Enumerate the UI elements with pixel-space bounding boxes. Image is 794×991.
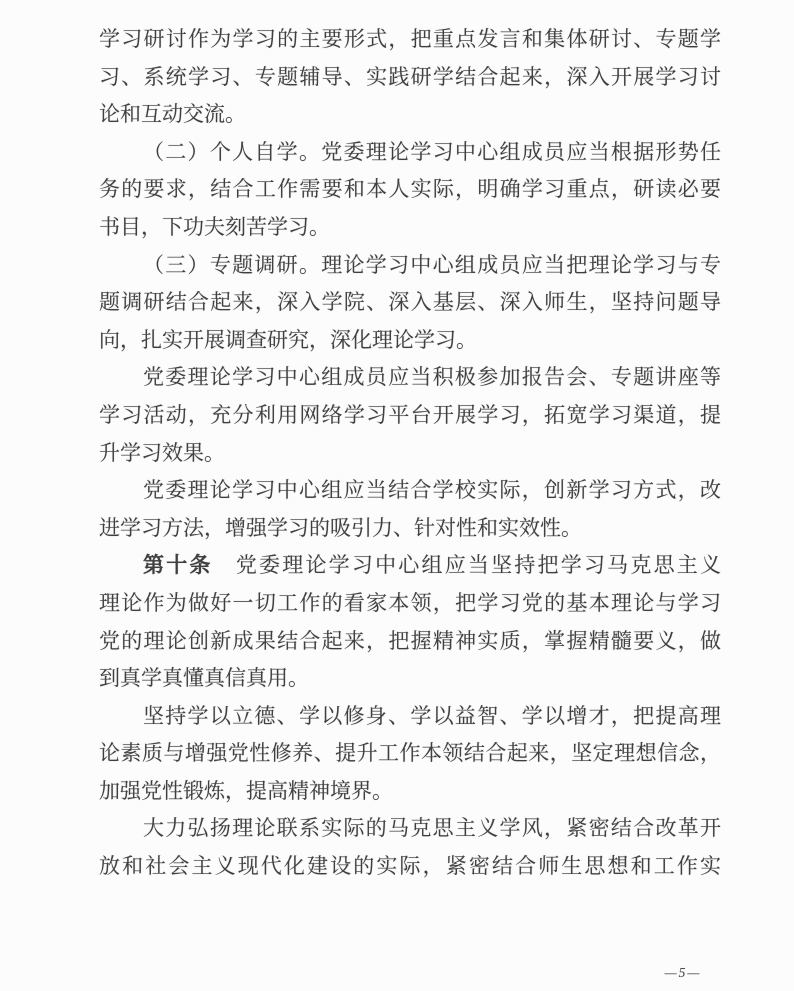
text-line: 题调研结合起来，深入学院、深入基层、深入师生，坚持问题导 (99, 284, 721, 322)
text-line: 学习研讨作为学习的主要形式，把重点发言和集体研讨、专题学 (99, 21, 721, 59)
text-line: 论素质与增强党性修养、提升工作本领结合起来，坚定理想信念， (99, 735, 721, 773)
text-line: 坚持学以立德、学以修身、学以益智、学以增才，把提高理 (99, 698, 721, 736)
document-text-block: 学习研讨作为学习的主要形式，把重点发言和集体研讨、专题学 习、系统学习、专题辅导… (99, 21, 721, 886)
text-line: （二）个人自学。党委理论学习中心组成员应当根据形势任 (99, 134, 721, 172)
text-line: 升学习效果。 (99, 435, 721, 473)
article-line-text: 党委理论学习中心组应当坚持把学习马克思主义 (213, 553, 721, 577)
text-line: 理论作为做好一切工作的看家本领，把学习党的基本理论与学习 (99, 585, 721, 623)
text-line: （三）专题调研。理论学习中心组成员应当把理论学习与专 (99, 247, 721, 285)
text-line: 向，扎实开展调查研究，深化理论学习。 (99, 322, 721, 360)
text-line: 务的要求，结合工作需要和本人实际，明确学习重点，研读必要 (99, 171, 721, 209)
text-line-article-10: 第十条 党委理论学习中心组应当坚持把学习马克思主义 (99, 547, 721, 585)
page-number: —5— (654, 965, 712, 981)
text-line: 到真学真懂真信真用。 (99, 660, 721, 698)
document-page: 学习研讨作为学习的主要形式，把重点发言和集体研讨、专题学 习、系统学习、专题辅导… (0, 0, 794, 991)
text-line: 学习活动，充分利用网络学习平台开展学习，拓宽学习渠道，提 (99, 397, 721, 435)
text-line: 论和互动交流。 (99, 96, 721, 134)
text-line: 放和社会主义现代化建设的实际，紧密结合师生思想和工作实 (99, 848, 721, 886)
text-line: 党委理论学习中心组成员应当积极参加报告会、专题讲座等 (99, 359, 721, 397)
text-line: 加强党性锻炼，提高精神境界。 (99, 773, 721, 811)
text-line: 党委理论学习中心组应当结合学校实际，创新学习方式，改 (99, 472, 721, 510)
text-line: 大力弘扬理论联系实际的马克思主义学风，紧密结合改革开 (99, 810, 721, 848)
text-line: 进学习方法，增强学习的吸引力、针对性和实效性。 (99, 510, 721, 548)
text-line: 习、系统学习、专题辅导、实践研学结合起来，深入开展学习讨 (99, 59, 721, 97)
article-number-heading: 第十条 (143, 553, 213, 577)
text-line: 书目，下功夫刻苦学习。 (99, 209, 721, 247)
text-line: 党的理论创新成果结合起来，把握精神实质，掌握精髓要义，做 (99, 623, 721, 661)
